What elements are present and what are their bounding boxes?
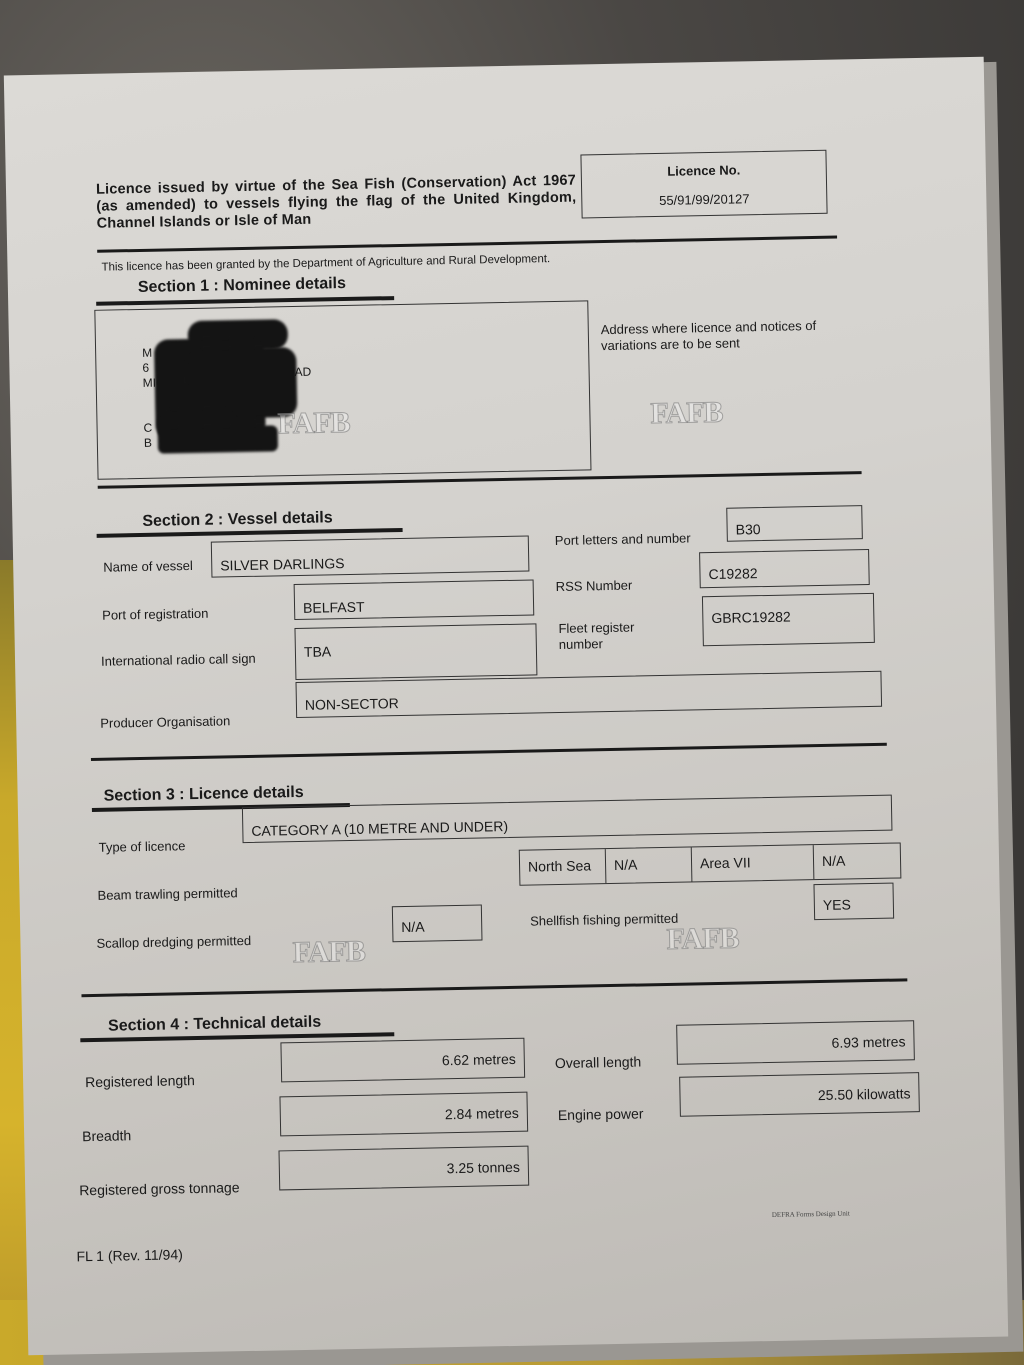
form-reference: FL 1 (Rev. 11/94) [76, 1246, 183, 1264]
watermark: FAFB [292, 935, 365, 970]
section2-title: Section 2 : Vessel details [142, 509, 333, 531]
licence-type-label: Type of licence [98, 838, 185, 855]
licence-number-box: Licence No. 55/91/99/20127 [580, 150, 827, 219]
scallop-dredging-label: Scallop dredging permitted [96, 933, 251, 951]
watermark: FAFB [666, 922, 739, 957]
redaction-mark [158, 425, 278, 453]
section4-title: Section 4 : Technical details [108, 1014, 321, 1036]
licence-number-value: 55/91/99/20127 [582, 190, 826, 210]
overall-length-value: 6.93 metres [676, 1020, 915, 1065]
beam-trawling-grid: North Sea N/A Area VII N/A [519, 842, 902, 885]
radio-call-sign-label: International radio call sign [101, 651, 256, 669]
engine-power-value: 25.50 kilowatts [679, 1072, 920, 1117]
rss-number-label: RSS Number [556, 578, 633, 594]
shellfish-fishing-label: Shellfish fishing permitted [530, 911, 678, 929]
overall-length-label: Overall length [555, 1053, 642, 1071]
producer-org-label: Producer Organisation [100, 713, 230, 730]
address-note: Address where licence and notices of var… [601, 317, 852, 354]
port-letters-value: B30 [726, 505, 863, 542]
watermark: FAFB [650, 396, 723, 431]
nominee-address-box: M 6 MIC C B H ROAD ONG FAFB [94, 300, 591, 479]
fleet-register-value: GBRC19282 [702, 593, 875, 646]
section2-end-rule [91, 743, 887, 761]
header-rule [97, 236, 837, 253]
section3-title: Section 3 : Licence details [103, 784, 303, 806]
breadth-value: 2.84 metres [279, 1092, 528, 1137]
granted-by-text: This licence has been granted by the Dep… [101, 253, 550, 274]
beam-value-north-sea: N/A [606, 847, 693, 883]
registered-length-value: 6.62 metres [280, 1038, 525, 1083]
engine-power-label: Engine power [558, 1105, 644, 1123]
radio-call-sign-value: TBA [294, 623, 537, 680]
section1-title: Section 1 : Nominee details [138, 275, 346, 297]
design-unit-credit: DEFRA Forms Design Unit [772, 1209, 850, 1218]
gross-tonnage-value: 3.25 tonnes [278, 1146, 529, 1191]
vessel-name-label: Name of vessel [103, 558, 193, 575]
port-letters-label: Port letters and number [555, 530, 691, 548]
licence-number-label: Licence No. [582, 161, 826, 181]
gross-tonnage-label: Registered gross tonnage [79, 1179, 240, 1198]
licence-intro-text: Licence issued by virtue of the Sea Fish… [96, 173, 577, 233]
beam-value-area-vii: N/A [814, 843, 901, 879]
licence-type-value: CATEGORY A (10 METRE AND UNDER) [242, 795, 893, 843]
beam-area-north-sea: North Sea [520, 849, 607, 885]
port-registration-value: BELFAST [294, 579, 535, 620]
watermark: FAFB [277, 406, 350, 441]
vessel-name-value: SILVER DARLINGS [211, 536, 530, 578]
beam-trawling-label: Beam trawling permitted [97, 885, 237, 903]
port-registration-label: Port of registration [102, 606, 208, 623]
shellfish-fishing-value: YES [813, 883, 894, 921]
beam-area-vii: Area VII [692, 845, 815, 881]
licence-document: Licence issued by virtue of the Sea Fish… [4, 57, 1008, 1356]
fleet-register-label: Fleet register number [558, 619, 659, 653]
registered-length-label: Registered length [85, 1072, 195, 1090]
rss-number-value: C19282 [699, 549, 870, 588]
section3-end-rule [81, 978, 907, 997]
breadth-label: Breadth [82, 1127, 131, 1144]
scallop-dredging-value: N/A [392, 905, 483, 943]
